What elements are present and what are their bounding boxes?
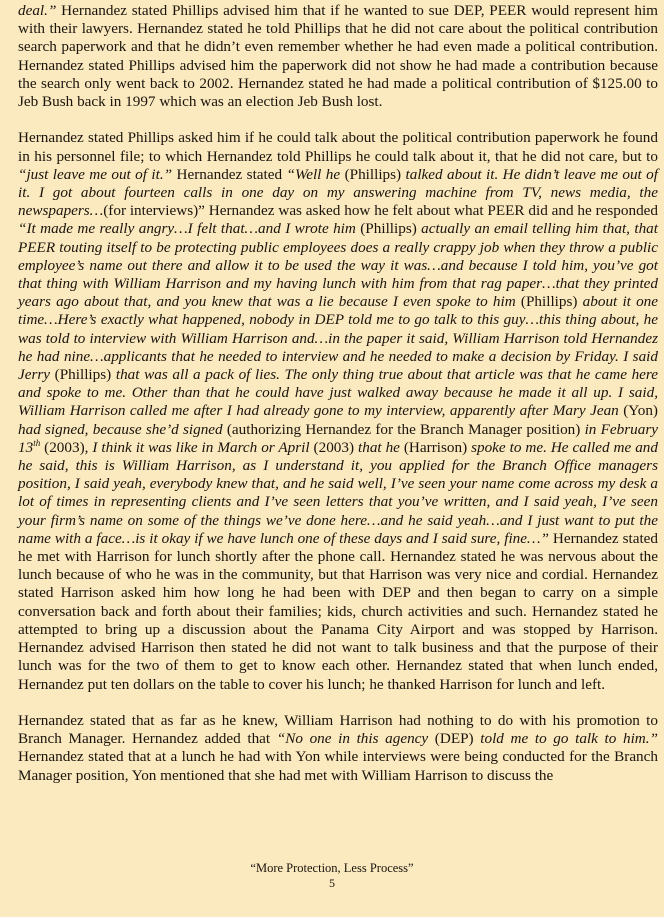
text-segment: (DEP) (428, 730, 480, 747)
text-segment: I think it was like in March or April (92, 439, 309, 456)
text-segment: (authorizing Hernandez for the Branch Ma… (223, 421, 585, 438)
text-segment: (2003), (40, 439, 92, 456)
text-segment: (Phillips) (340, 166, 405, 183)
paragraph-2: Hernandez stated Phillips asked him if h… (18, 129, 658, 693)
paragraph-3: Hernandez stated that as far as he knew,… (18, 712, 658, 785)
text-segment: Hernandez stated Phillips advised him th… (18, 2, 658, 110)
text-segment: “just leave me out of it.” (18, 166, 172, 183)
text-segment: “It made me really angry…I felt that…and… (18, 220, 356, 237)
text-segment: (Phillips) (50, 366, 116, 383)
text-segment: (Phillips) (516, 293, 583, 310)
text-segment: that he (358, 439, 400, 456)
text-segment: “No one in this agency (277, 730, 428, 747)
text-segment: (Yon) (619, 402, 658, 419)
text-segment: (for interviews)” Hernandez was asked ho… (103, 202, 658, 219)
text-segment: “Well he (287, 166, 341, 183)
text-segment: Hernandez stated (172, 166, 286, 183)
text-segment: had signed, because she’d signed (18, 421, 223, 438)
text-segment: told me to go talk to him.” (480, 730, 658, 747)
body-text: deal.” Hernandez stated Phillips advised… (18, 2, 658, 803)
paragraph-1: deal.” Hernandez stated Phillips advised… (18, 2, 658, 111)
text-segment: Hernandez stated Phillips asked him if h… (18, 129, 658, 164)
footer-motto: “More Protection, Less Process” (0, 862, 664, 875)
text-segment: deal.” (18, 2, 56, 19)
text-segment: (Harrison) (400, 439, 471, 456)
document-page: deal.” Hernandez stated Phillips advised… (0, 0, 664, 917)
page-number: 5 (0, 876, 664, 891)
text-segment: (2003) (310, 439, 358, 456)
text-segment: (Phillips) (356, 220, 421, 237)
text-segment: Hernandez stated he met with Harrison fo… (18, 530, 658, 693)
text-segment: Hernandez stated that at a lunch he had … (18, 748, 658, 783)
